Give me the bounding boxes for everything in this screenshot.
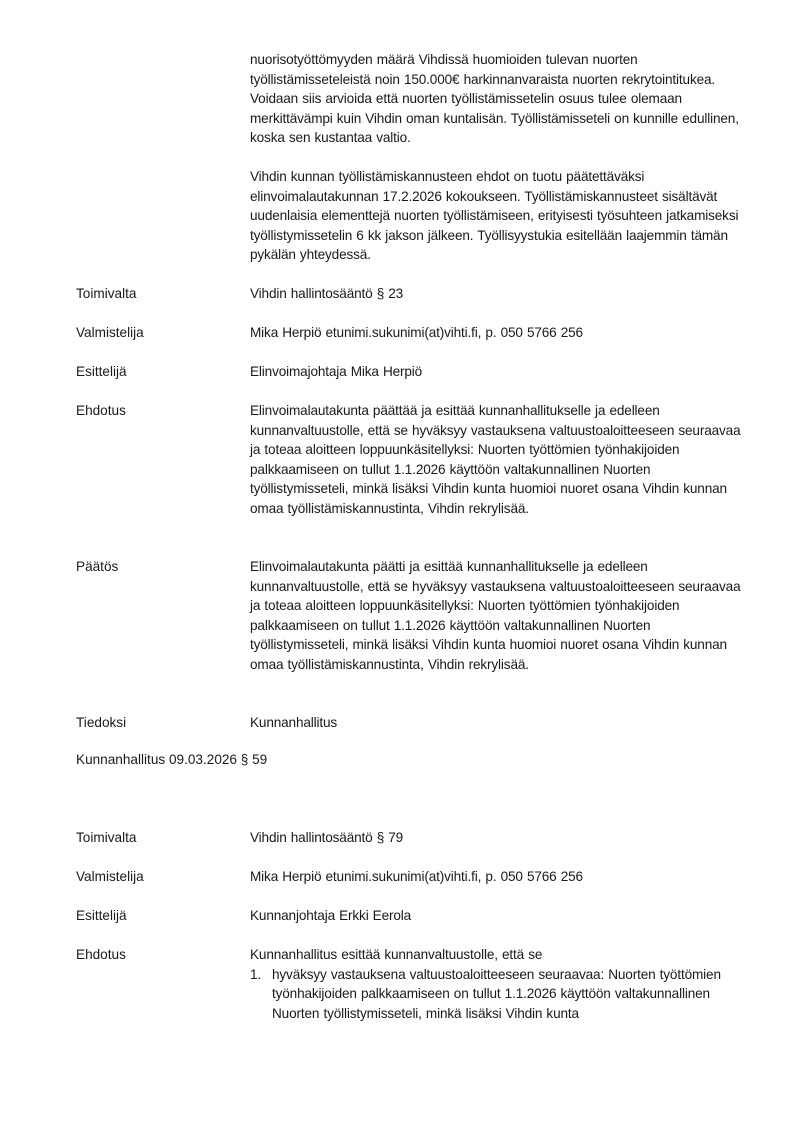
field-value: Kunnanhallitus esittää kunnanvaltuustoll… <box>250 945 750 1023</box>
list-item-text: hyväksyy vastauksena valtuustoaloitteese… <box>272 967 721 1021</box>
ehdotus-list: 1. hyväksyy vastauksena valtuustoaloitte… <box>250 965 750 1024</box>
list-item-number: 1. <box>250 965 261 985</box>
field-label: Esittelijä <box>76 362 246 382</box>
field-value: Elinvoimalautakunta päättää ja esittää k… <box>250 401 750 518</box>
section-heading: Kunnanhallitus 09.03.2026 § 59 <box>76 750 267 770</box>
intro-paragraph-2: Vihdin kunnan työllistämiskannusteen ehd… <box>250 167 750 265</box>
field-label: Päätös <box>76 557 246 577</box>
field-label: Valmistelija <box>76 867 246 887</box>
field-label: Tiedoksi <box>76 713 246 733</box>
field-label: Ehdotus <box>76 945 246 965</box>
field-value: Mika Herpiö etunimi.sukunimi(at)vihti.fi… <box>250 323 750 343</box>
field-label: Ehdotus <box>76 401 246 421</box>
field-label: Toimivalta <box>76 284 246 304</box>
field-label: Valmistelija <box>76 323 246 343</box>
field-label: Toimivalta <box>76 828 246 848</box>
field-value: Kunnanjohtaja Erkki Eerola <box>250 906 750 926</box>
document-page: nuorisotyöttömyyden määrä Vihdissä huomi… <box>0 0 794 1122</box>
ehdotus-intro: Kunnanhallitus esittää kunnanvaltuustoll… <box>250 945 750 965</box>
field-value: Mika Herpiö etunimi.sukunimi(at)vihti.fi… <box>250 867 750 887</box>
field-value: Elinvoimajohtaja Mika Herpiö <box>250 362 750 382</box>
intro-paragraph-1: nuorisotyöttömyyden määrä Vihdissä huomi… <box>250 50 750 148</box>
field-value: Kunnanhallitus <box>250 713 750 733</box>
list-item: 1. hyväksyy vastauksena valtuustoaloitte… <box>250 965 750 1024</box>
field-label: Esittelijä <box>76 906 246 926</box>
field-value: Vihdin hallintosääntö § 79 <box>250 828 750 848</box>
field-value: Vihdin hallintosääntö § 23 <box>250 284 750 304</box>
field-value: Elinvoimalautakunta päätti ja esittää ku… <box>250 557 750 674</box>
